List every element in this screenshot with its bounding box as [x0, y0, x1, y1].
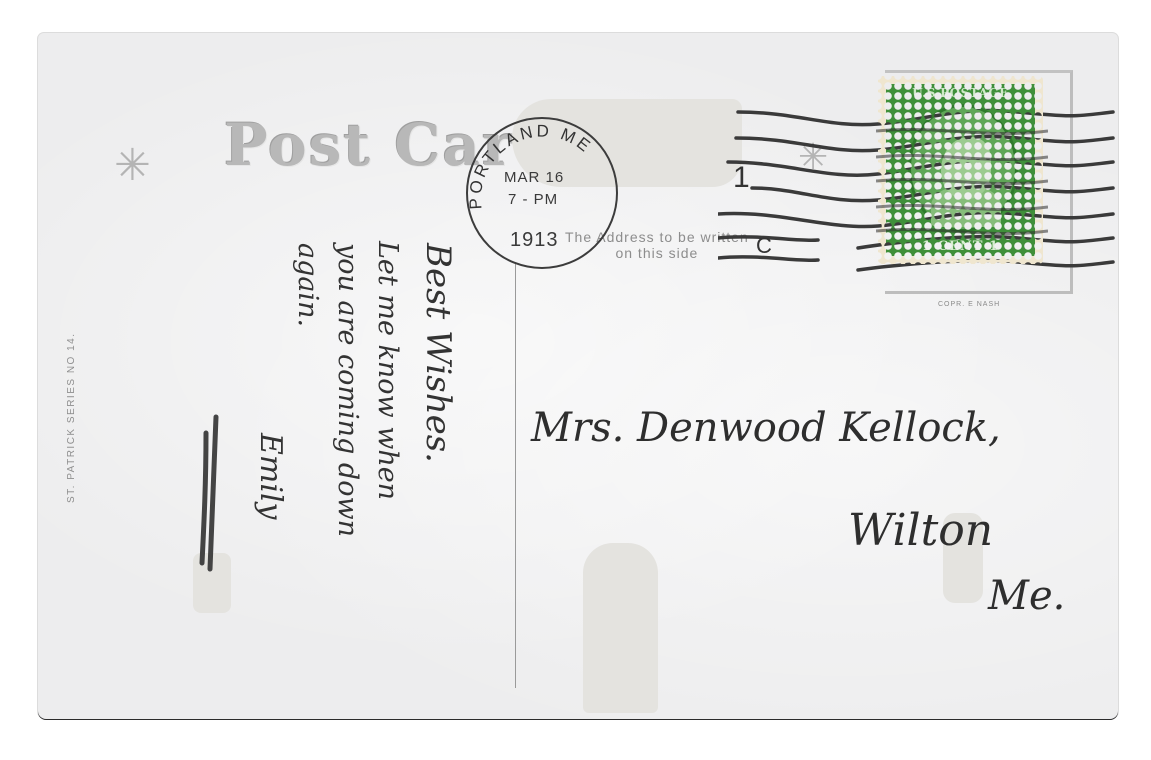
postcard-back: ✳ ✳ Post Card ST. PATRICK SERIES NO 14. …	[38, 33, 1118, 719]
torn-paper-patch	[583, 543, 658, 713]
postmark-time: 7 - PM	[508, 191, 558, 208]
message-line: Let me know when	[372, 241, 403, 500]
asterisk-ornament-icon: ✳	[114, 144, 151, 188]
ink-stroke-mark	[198, 413, 228, 573]
copyright-label: COPR. E NASH	[938, 301, 1000, 308]
cancel-letter: 1	[733, 161, 750, 195]
address-name: Mrs. Denwood Kellock,	[531, 405, 1001, 451]
circular-postmark: PORTLAND ME MAR 16 7 - PM 1913	[466, 117, 618, 269]
message-line: you are coming down	[332, 243, 363, 537]
postmark-year: 1913	[510, 229, 559, 252]
message-line: again.	[292, 243, 323, 327]
stamp-cancel-lines	[876, 123, 1048, 253]
address-city: Wilton	[848, 505, 993, 556]
message-line: Best Wishes.	[418, 243, 458, 463]
center-divider	[515, 263, 516, 688]
stamp-top-text: U.S.POSTAGE	[886, 86, 1035, 100]
series-label: ST. PATRICK SERIES NO 14.	[66, 333, 77, 504]
address-state: Me.	[988, 573, 1065, 619]
postmark-date: MAR 16	[504, 169, 564, 186]
message-signature: Emily	[253, 433, 288, 519]
cancel-letter: C	[756, 233, 772, 259]
